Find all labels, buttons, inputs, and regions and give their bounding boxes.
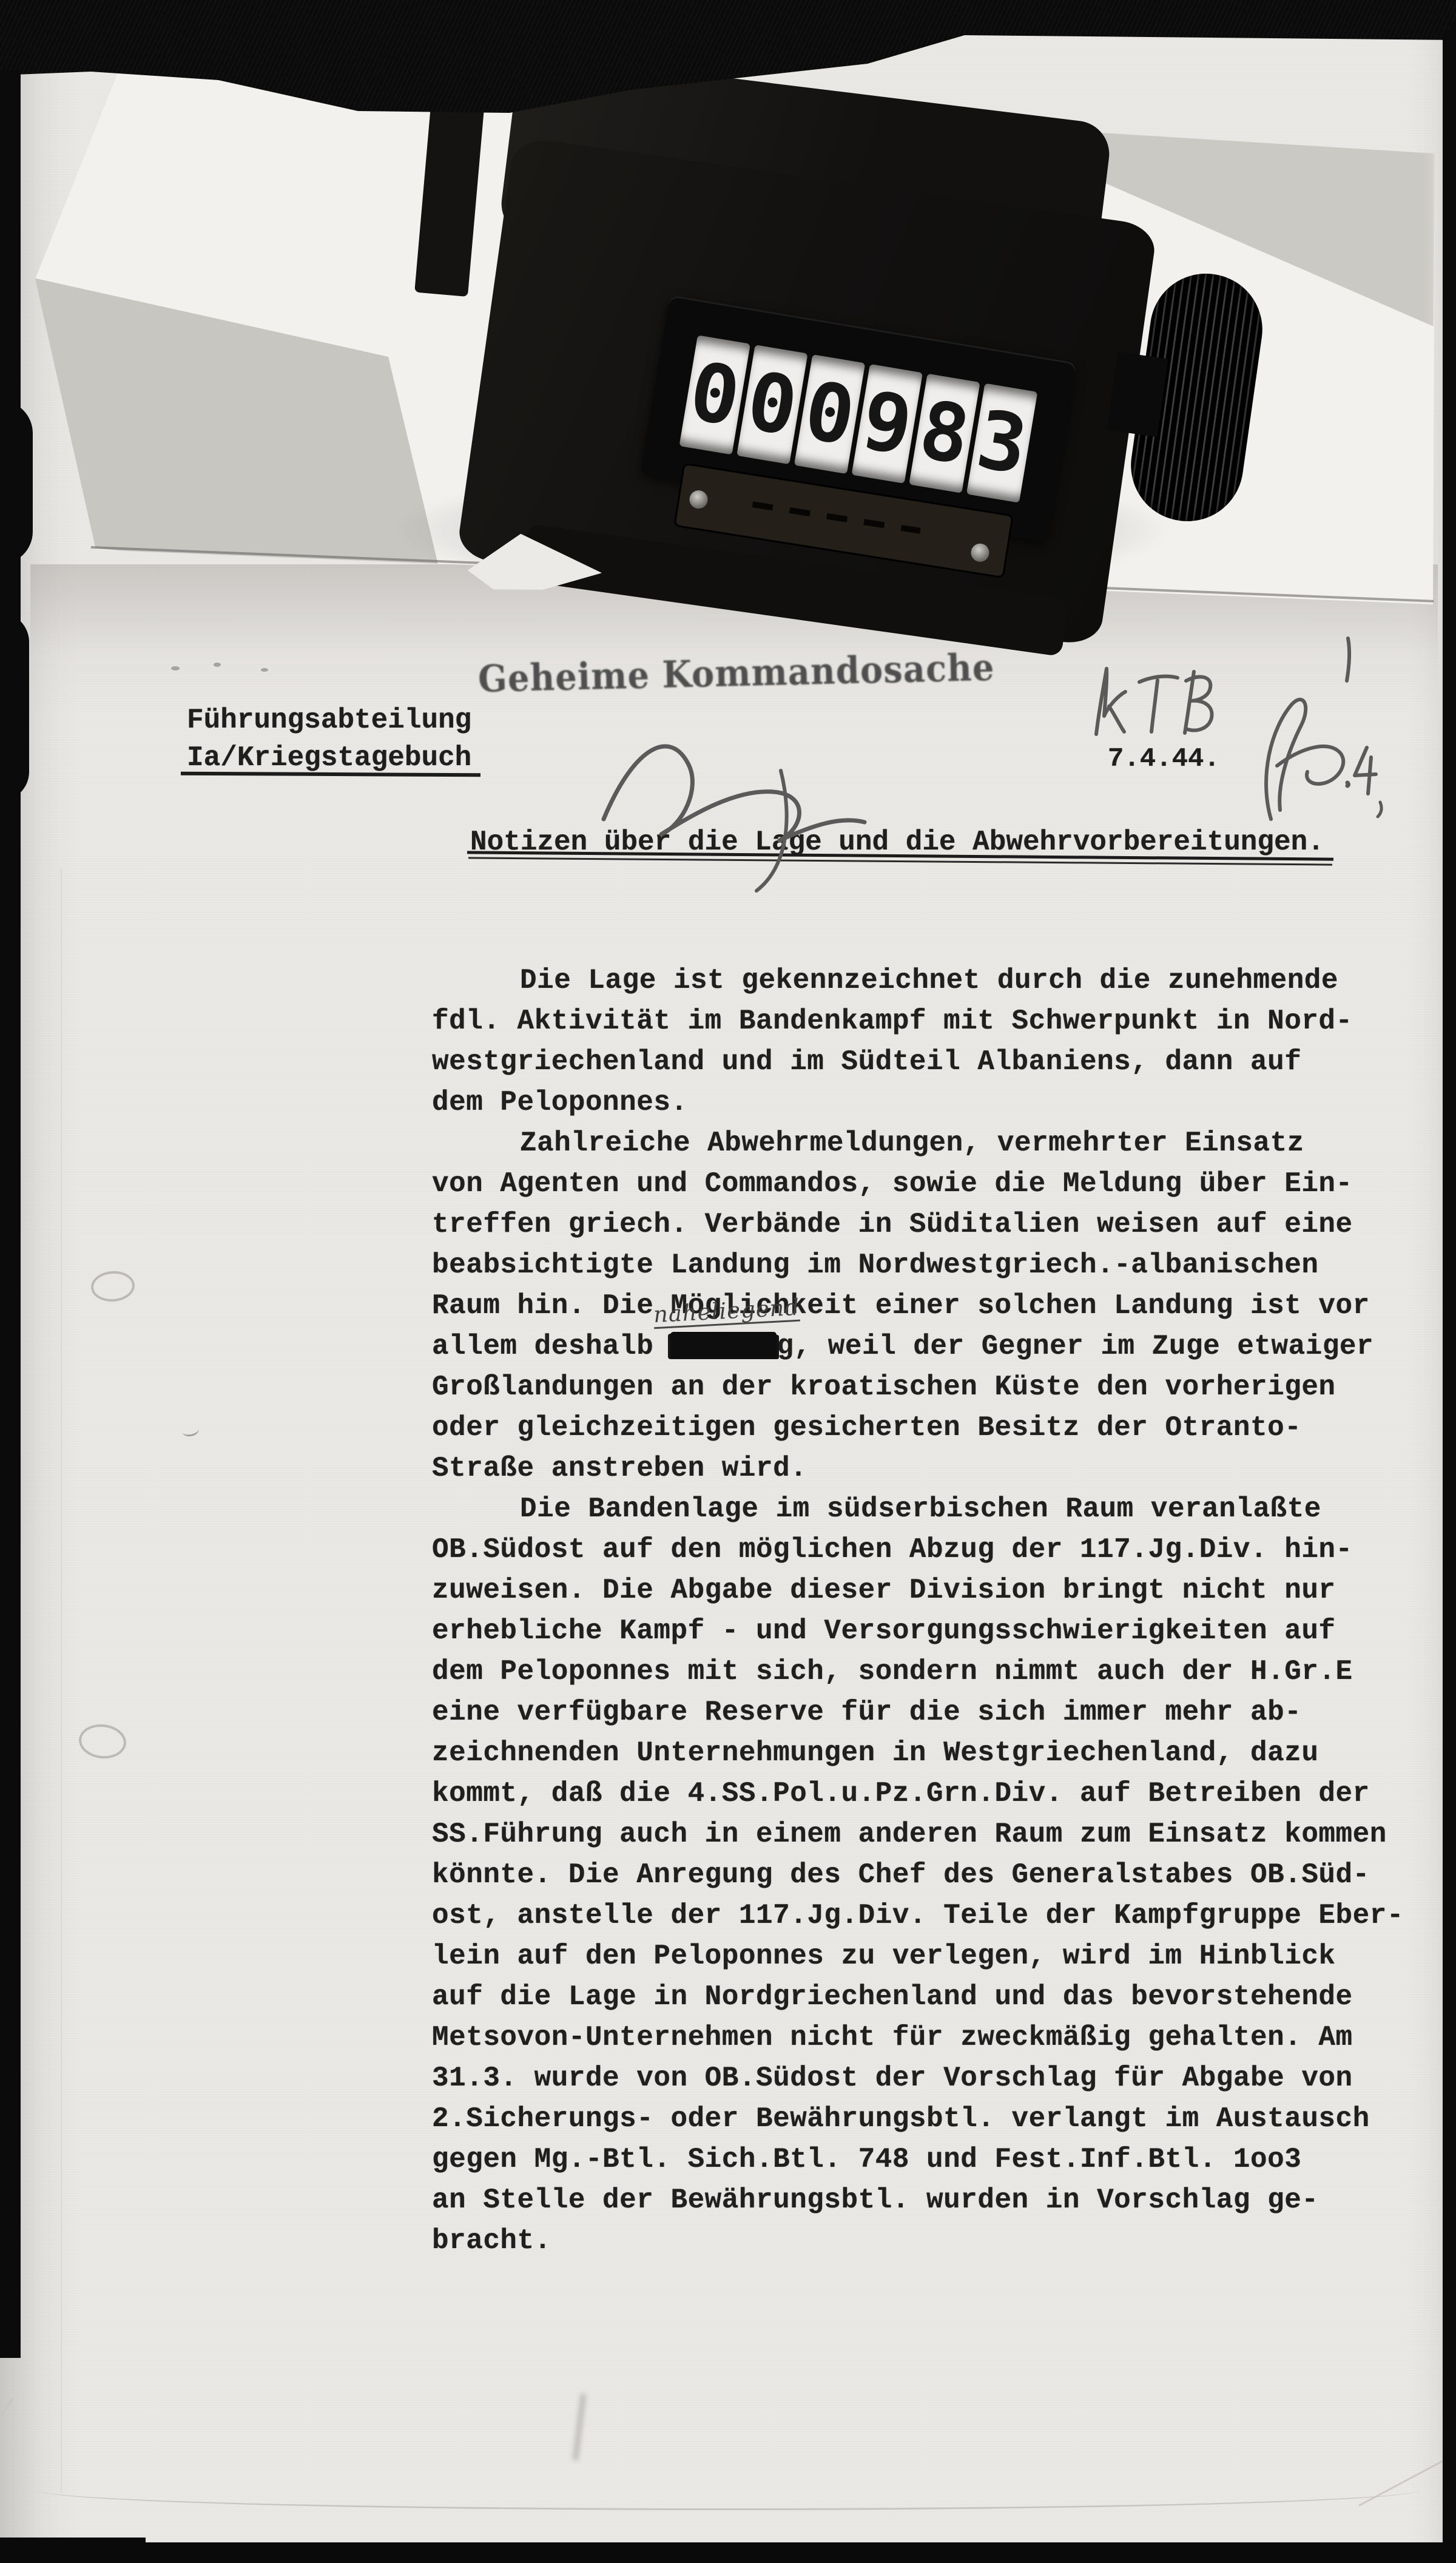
body-line: erhebliche Kampf - und Versorgungsschwie… xyxy=(432,1611,1427,1652)
department-block: Führungsabteilung Ia/Kriegstagebuch xyxy=(187,701,471,777)
body-line: an Stelle der Bewährungsbtl. wurden in V… xyxy=(432,2180,1427,2221)
body-line: fdl. Aktivität im Bandenkampf mit Schwer… xyxy=(432,1001,1427,1042)
body-line: von Agenten und Commandos, sowie die Mel… xyxy=(432,1164,1427,1204)
scan-border-bottom xyxy=(0,2542,1456,2563)
scan-border-bottom-left xyxy=(0,2538,146,2563)
department-line1: Führungsabteilung xyxy=(187,701,471,739)
screw-icon xyxy=(969,542,990,563)
ink-speck xyxy=(261,668,268,672)
body-line: dem Peloponnes. xyxy=(432,1082,1427,1123)
body-line: treffen griech. Verbände in Süditalien w… xyxy=(432,1204,1427,1245)
counter-wheel-shaft xyxy=(1107,352,1168,437)
paper-crease xyxy=(0,2398,13,2548)
paper-crease xyxy=(1358,2456,1451,2506)
body-line: Straße anstreben wird. xyxy=(432,1448,1427,1489)
date-typed: 7.4.44. xyxy=(1108,744,1220,774)
body-line: lein auf den Peloponnes zu verlegen, wir… xyxy=(432,1936,1427,1977)
department-line2: Ia/Kriegstagebuch xyxy=(187,739,471,777)
handwritten-ktb xyxy=(1081,663,1239,748)
body-line: beabsichtigte Landung im Nordwestgriech.… xyxy=(432,1245,1427,1286)
ink-speck xyxy=(171,666,180,670)
redaction-box xyxy=(670,1332,777,1359)
hole-punch-mark xyxy=(90,1270,135,1303)
body-line: gegen Mg.-Btl. Sich.Btl. 748 und Fest.In… xyxy=(432,2139,1427,2180)
body-line: 31.3. wurde von OB.Südost der Vorschlag … xyxy=(432,2058,1427,2099)
body-line: auf die Lage in Nordgriechenland und das… xyxy=(432,1977,1427,2018)
paper-crease xyxy=(36,2470,1420,2510)
body-line: bracht. xyxy=(432,2221,1427,2261)
body-line: eine verfügbare Reserve für die sich imm… xyxy=(432,1692,1427,1733)
body-line: SS.Führung auch in einem anderen Raum zu… xyxy=(432,1814,1427,1855)
body-line: westgriechenland und im Südteil Albanien… xyxy=(432,1042,1427,1082)
scanned-document-page: 0 0 0 9 8 3 Geheime Kommandosache Führun… xyxy=(0,0,1456,2563)
body-line: dem Peloponnes mit sich, sondern nimmt a… xyxy=(432,1652,1427,1692)
scan-border-right-thin xyxy=(1450,22,1456,216)
pencil-mark xyxy=(181,1423,200,1437)
body-line: Zahlreiche Abwehrmeldungen, vermehrter E… xyxy=(432,1123,1427,1164)
body-line: zeichnenden Unternehmungen in Westgriech… xyxy=(432,1733,1427,1774)
body-line: Die Lage ist gekennzeichnet durch die zu… xyxy=(432,961,1427,1001)
signature xyxy=(598,698,877,898)
counter-digit: 3 xyxy=(966,383,1037,502)
body-line: könnte. Die Anregung des Chef des Genera… xyxy=(432,1855,1427,1896)
body-line: ost, anstelle der 117.Jg.Div. Teile der … xyxy=(432,1896,1427,1936)
body-line: OB.Südost auf den möglichen Abzug der 11… xyxy=(432,1530,1427,1570)
body-line: kommt, daß die 4.SS.Pol.u.Pz.Grn.Div. au… xyxy=(432,1774,1427,1814)
scan-border-left-bump xyxy=(0,400,33,564)
scan-border-left-bump xyxy=(0,613,29,801)
scan-border-right xyxy=(1443,30,1456,2563)
handwritten-page-number xyxy=(1338,636,1363,684)
ink-speck xyxy=(214,663,221,667)
paper-fold-line xyxy=(61,868,62,2494)
base-plate-slots xyxy=(752,501,921,534)
body-line: Metsovon-Unternehmen nicht für zweckmäßi… xyxy=(432,2018,1427,2058)
hole-punch-mark xyxy=(77,1722,127,1761)
body-line: allem deshalb naheliegendg, weil der Geg… xyxy=(432,1326,1427,1367)
body-line: Raum hin. Die Möglichkeit einer solchen … xyxy=(432,1286,1427,1326)
body-line: Großlandungen an der kroatischen Küste d… xyxy=(432,1367,1427,1408)
handwritten-date-initials xyxy=(1235,692,1386,825)
body-line: zuweisen. Die Abgabe dieser Division bri… xyxy=(432,1570,1427,1611)
smudge-mark xyxy=(572,2394,586,2460)
body-line: Die Bandenlage im südserbischen Raum ver… xyxy=(432,1489,1427,1530)
screw-icon xyxy=(688,489,709,510)
body-text: Die Lage ist gekennzeichnet durch die zu… xyxy=(432,961,1427,2261)
body-line: 2.Sicherungs- oder Bewährungsbtl. verlan… xyxy=(432,2099,1427,2139)
body-line: oder gleichzeitigen gesicherten Besitz d… xyxy=(432,1408,1427,1448)
